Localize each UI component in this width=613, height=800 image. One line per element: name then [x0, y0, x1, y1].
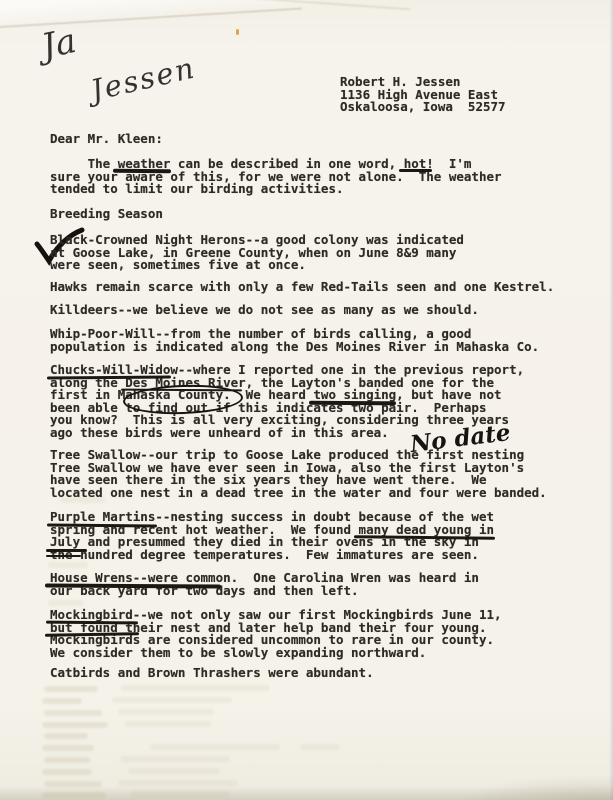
paragraph-night-herons: Black-Crowned Night Herons--a good colon… — [50, 234, 464, 272]
paragraph-weather: The weather can be described in one word… — [50, 158, 502, 196]
paragraph-hawks: Hawks remain scarce with only a few Red-… — [50, 281, 554, 294]
paper-stain-fleck — [236, 29, 239, 35]
paragraph-whip-poor-will: Whip-Poor-Will--from the number of birds… — [50, 328, 539, 353]
underline-weather — [113, 169, 171, 173]
letter-scan: Ja Jessen Robert H. Jessen 1136 High Ave… — [0, 0, 613, 800]
handwritten-initials: Ja — [38, 21, 79, 67]
underline-july — [46, 549, 87, 552]
handwritten-surname: Jessen — [88, 50, 199, 107]
underline-purple-martins — [47, 523, 157, 527]
underline-two-singing — [309, 401, 396, 405]
sender-address-block: Robert H. Jessen 1136 High Avenue East O… — [340, 76, 506, 114]
paragraph-catbirds: Catbirds and Brown Thrashers were abunda… — [50, 667, 374, 680]
underline-house-wrens-common — [45, 583, 221, 588]
paragraph-killdeers: Killdeers--we believe we do not see as m… — [50, 304, 479, 317]
scan-corner-shadow — [453, 774, 613, 800]
underline-hot — [399, 169, 432, 172]
salutation: Dear Mr. Kleen: — [50, 133, 163, 146]
section-heading: Breeding Season — [50, 208, 163, 221]
scan-right-edge — [609, 0, 613, 800]
strike-the — [46, 555, 81, 557]
paragraph-tree-swallow: Tree Swallow--our trip to Goose Lake pro… — [50, 449, 547, 499]
